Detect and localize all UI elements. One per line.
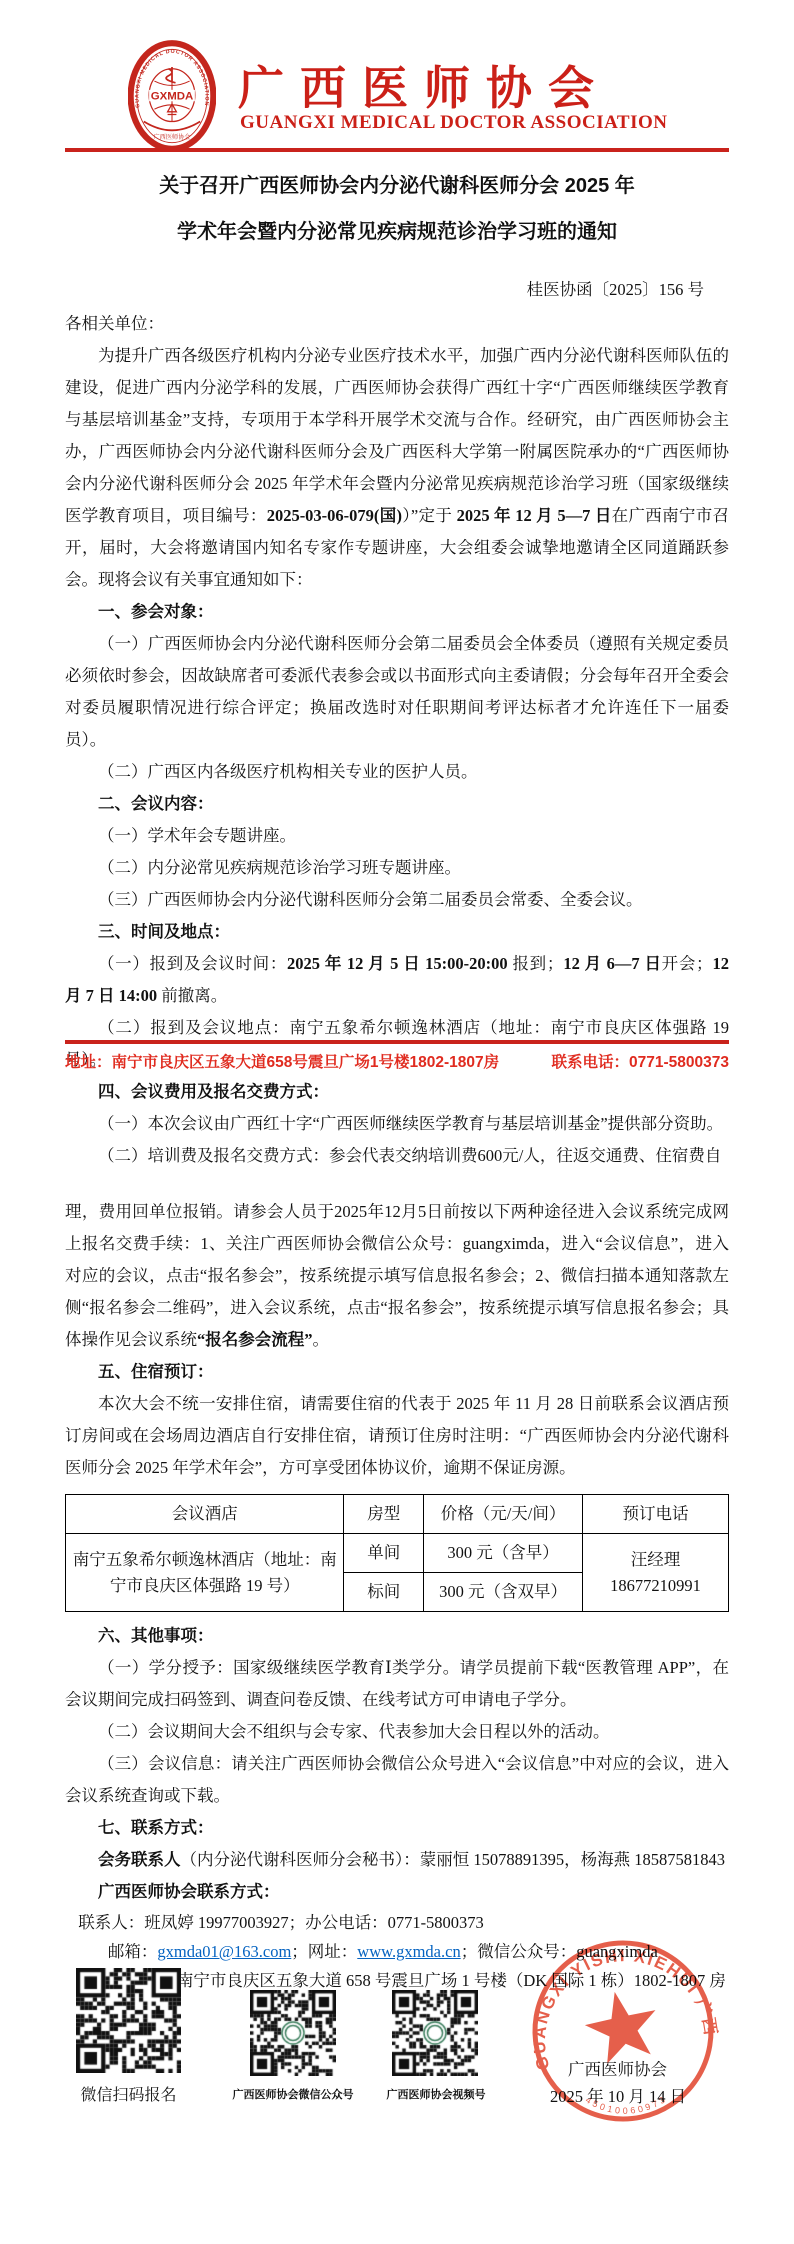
paragraph: （一）广西医师协会内分泌代谢科医师分会第二届委员会全体委员（遵照有关规定委员必须… [65,628,729,756]
section-heading: 六、其他事项： [65,1620,729,1652]
footer-divider [65,1040,729,1044]
association-logo: GUANGXI MEDICAL DOCTOR ASSOCIATION GXMDA… [128,40,216,152]
seal-star-icon [579,1984,664,2066]
document-number: 桂医协函〔2025〕156 号 [65,274,704,306]
page1-content: 关于召开广西医师协会内分泌代谢科医师分会 2025 年 学术年会暨内分泌常见疾病… [65,160,729,1172]
col-price: 价格（元/天/间） [424,1495,583,1534]
page2-content: 理，费用回单位报销。请参会人员于2025年12月5日前按以下两种途径进入会议系统… [65,1196,729,1995]
org-name-en: GUANGXI MEDICAL DOCTOR ASSOCIATION [240,112,700,134]
table-header-row: 会议酒店 房型 价格（元/天/间） 预订电话 [66,1495,729,1534]
qr-code-registration [76,1968,181,2073]
price-cell: 300 元（含早） [424,1534,583,1573]
hyperlink[interactable]: gxmda01@163.com [157,1942,291,1961]
hotel-table: 会议酒店 房型 价格（元/天/间） 预订电话 南宁五象希尔顿逸林酒店（地址：南宁… [65,1494,729,1612]
paragraph: （三）广西医师协会内分泌代谢科医师分会第二届委员会常委、全委会议。 [65,884,729,916]
footer-phone: 联系电话：0771-5800373 [552,1050,730,1072]
paragraph: （一）报到及会议时间：2025 年 12 月 5 日 15:00-20:00 报… [65,948,729,1012]
paragraph: 会务联系人（内分泌代谢科医师分会秘书）：蒙丽恒 15078891395，杨海燕 … [65,1844,729,1876]
paragraph: 理，费用回单位报销。请参会人员于2025年12月5日前按以下两种途径进入会议系统… [65,1196,729,1356]
paragraph: （一）学术年会专题讲座。 [65,820,729,852]
page1-footer: 地址：南宁市良庆区五象大道658号震旦广场1号楼1802-1807房 联系电话：… [65,1050,729,1072]
section-heading: 三、时间及地点： [65,916,729,948]
qr-caption-wechat-official: 广西医师协会微信公众号 [218,2086,368,2102]
section-heading: 四、会议费用及报名交费方式： [65,1076,729,1108]
room-type-cell: 单间 [344,1534,424,1573]
paragraph: 本次大会不统一安排住宿，请需要住宿的代表于 2025 年 11 月 28 日前联… [65,1388,729,1484]
section-heading: 七、联系方式： [65,1812,729,1844]
paragraph: （二）培训费及报名交费方式：参会代表交纳培训费600元/人，往返交通费、住宿费自 [65,1140,729,1172]
paragraph: 为提升广西各级医疗机构内分泌专业医疗技术水平，加强广西内分泌代谢科医师队伍的建设… [65,340,729,596]
section-heading: 二、会议内容： [65,788,729,820]
paragraph: （二）会议期间大会不组织与会专家、代表参加大会日程以外的活动。 [65,1716,729,1748]
qr-caption-registration: 微信扫码报名 [66,2082,191,2105]
qr-caption-video-channel: 广西医师协会视频号 [366,2086,506,2102]
logo-bottom-text: 广西医师协会 [154,133,191,141]
paragraph: （二）内分泌常见疾病规范诊治学习班专题讲座。 [65,852,729,884]
paragraph: （二）广西区内各级医疗机构相关专业的医护人员。 [65,756,729,788]
col-booking-phone: 预订电话 [583,1495,729,1534]
org-name-cn: 广西医师协会 [238,52,698,118]
qr-code-wechat-official [250,1990,336,2076]
document-page: GUANGXI MEDICAL DOCTOR ASSOCIATION GXMDA… [0,0,794,2244]
page1-body: 为提升广西各级医疗机构内分泌专业医疗技术水平，加强广西内分泌代谢科医师队伍的建设… [65,340,729,1172]
section-heading: 五、住宿预订： [65,1356,729,1388]
price-cell: 300 元（含双早） [424,1573,583,1612]
booking-contact-cell: 汪经理 18677210991 [583,1534,729,1612]
logo-abbr: GXMDA [151,91,194,103]
room-type-cell: 标间 [344,1573,424,1612]
header-divider [65,148,729,152]
hotel-name-cell: 南宁五象希尔顿逸林酒店（地址：南宁市良庆区体强路 19 号） [66,1534,344,1612]
paragraph: （一）学分授予：国家级继续医学教育Ⅰ类学分。请学员提前下载“医教管理 APP”，… [65,1652,729,1716]
section-heading: 一、参会对象： [65,596,729,628]
paragraph: （三）会议信息：请关注广西医师协会微信公众号进入“会议信息”中对应的会议，进入会… [65,1748,729,1812]
salutation: 各相关单位： [65,308,729,340]
qr-code-video-channel [392,1990,478,2076]
col-room-type: 房型 [344,1495,424,1534]
contact-phone: 18677210991 [587,1573,724,1599]
hyperlink[interactable]: www.gxmda.cn [357,1942,460,1961]
official-seal: GUANGXI YISHI XIEHUI 广西医师协会 45010060973 [518,1926,728,2136]
paragraph: （一）本次会议由广西红十字“广西医师继续医学教育与基层培训基金”提供部分资助。 [65,1108,729,1140]
section-heading: 广西医师协会联系方式： [65,1876,729,1908]
footer-address: 地址：南宁市良庆区五象大道658号震旦广场1号楼1802-1807房 [65,1050,499,1072]
notice-title-line1: 关于召开广西医师协会内分泌代谢科医师分会 2025 年 [65,166,729,206]
table-row: 南宁五象希尔顿逸林酒店（地址：南宁市良庆区体强路 19 号） 单间 300 元（… [66,1534,729,1573]
page2-body-top: 理，费用回单位报销。请参会人员于2025年12月5日前按以下两种途径进入会议系统… [65,1196,729,1484]
contact-name: 汪经理 [587,1547,724,1573]
notice-title-line2: 学术年会暨内分泌常见疾病规范诊治学习班的通知 [65,212,729,252]
col-hotel: 会议酒店 [66,1495,344,1534]
